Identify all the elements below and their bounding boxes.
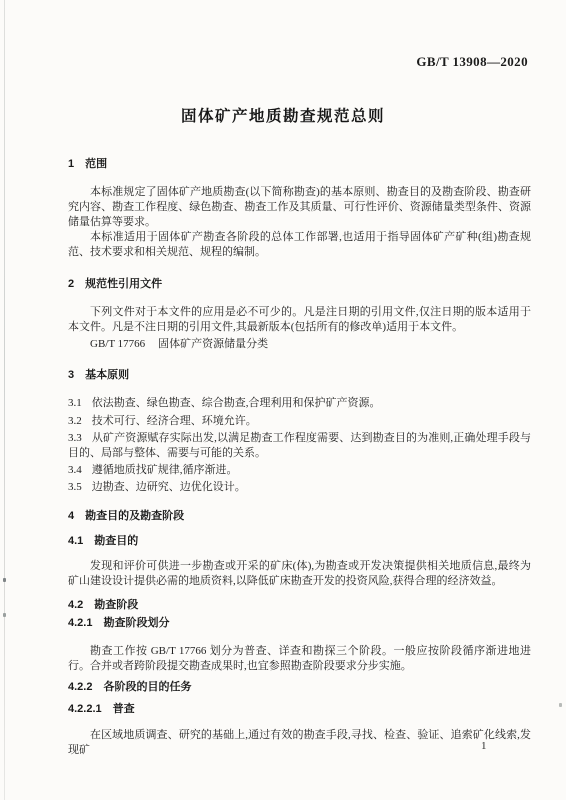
paragraph: 本标准适用于固体矿产勘查各阶段的总体工作部署,也适用于指导固体矿产矿种(组)勘查…	[68, 230, 531, 260]
section-number: 3	[68, 369, 74, 381]
clause-text: 技术可行、经济合理、环境允许。	[92, 415, 257, 427]
reference-code: GB/T 17766	[90, 338, 145, 350]
document-title: 固体矿产地质勘查规范总则	[0, 104, 566, 126]
clause-text: 依法勘查、绿色勘查、综合勘查,合理利用和保护矿产资源。	[92, 397, 381, 409]
scan-speck	[3, 613, 6, 617]
section-heading-4-2-1: 4.2.1勘查阶段划分	[68, 616, 531, 631]
section-heading-3: 3基本原则	[68, 368, 531, 383]
clause-3-5: 3.5边勘查、边研究、边优化设计。	[68, 480, 531, 495]
clause-3-1: 3.1依法勘查、绿色勘查、综合勘查,合理利用和保护矿产资源。	[68, 396, 531, 411]
section-title: 基本原则	[85, 369, 129, 381]
section-title: 勘查目的	[94, 535, 138, 547]
section-title: 勘查目的及勘查阶段	[85, 510, 184, 522]
clause-text: 边勘查、边研究、边优化设计。	[92, 481, 246, 493]
section-number: 4	[68, 510, 74, 522]
document-body: 1范围 本标准规定了固体矿产地质勘查(以下简称勘查)的基本原则、勘查目的及勘查阶…	[68, 155, 531, 758]
section-number: 1	[68, 158, 74, 170]
section-heading-4-2-2: 4.2.2各阶段的目的任务	[68, 680, 531, 695]
page-number: 1	[481, 740, 487, 752]
section-title: 普查	[113, 703, 135, 715]
section-title: 勘查阶段划分	[103, 617, 169, 629]
section-title: 规范性引用文件	[85, 278, 162, 290]
paragraph: 发现和评价可供进一步勘查或开采的矿床(体),为勘查或开发决策提供相关地质信息,最…	[68, 559, 531, 589]
normative-reference: GB/T 17766固体矿产资源储量分类	[68, 337, 531, 352]
clause-text: 从矿产资源赋存实际出发,以满足勘查工作程度需要、达到勘查目的为准则,正确处理手段…	[68, 432, 531, 459]
section-number: 4.2.2	[68, 681, 92, 693]
reference-name: 固体矿产资源储量分类	[158, 338, 268, 350]
section-number: 2	[68, 278, 74, 290]
clause-text: 遵循地质找矿规律,循序渐进。	[92, 464, 238, 476]
section-title: 范围	[85, 158, 107, 170]
clause-number: 3.1	[68, 397, 82, 409]
section-title: 勘查阶段	[94, 599, 138, 611]
section-number: 4.2	[68, 599, 83, 611]
clause-3-4: 3.4遵循地质找矿规律,循序渐进。	[68, 463, 531, 478]
standard-number: GB/T 13908—2020	[416, 54, 528, 70]
scan-speck	[559, 703, 562, 707]
scan-speck	[3, 578, 6, 582]
section-heading-4-2-2-1: 4.2.2.1普查	[68, 702, 531, 717]
paragraph: 下列文件对于本文件的应用是必不可少的。凡是注日期的引用文件,仅注日期的版本适用于…	[68, 305, 531, 335]
section-number: 4.2.1	[68, 617, 92, 629]
section-heading-2: 2规范性引用文件	[68, 277, 531, 292]
clause-3-2: 3.2技术可行、经济合理、环境允许。	[68, 414, 531, 429]
clause-number: 3.3	[68, 432, 82, 444]
section-heading-4: 4勘查目的及勘查阶段	[68, 509, 531, 524]
paragraph: 本标准规定了固体矿产地质勘查(以下简称勘查)的基本原则、勘查目的及勘查阶段、勘查…	[68, 185, 531, 230]
clause-3-3: 3.3从矿产资源赋存实际出发,以满足勘查工作程度需要、达到勘查目的为准则,正确处…	[68, 431, 531, 461]
clause-number: 3.2	[68, 415, 82, 427]
paragraph: 在区域地质调查、研究的基础上,通过有效的勘查手段,寻找、检查、验证、追索矿化线索…	[68, 728, 531, 758]
document-page: GB/T 13908—2020 固体矿产地质勘查规范总则 1范围 本标准规定了固…	[0, 0, 566, 800]
paragraph: 勘查工作按 GB/T 17766 划分为普查、详查和勘探三个阶段。一般应按阶段循…	[68, 644, 531, 674]
clause-number: 3.5	[68, 481, 82, 493]
section-heading-4-1: 4.1勘查目的	[68, 534, 531, 549]
section-heading-1: 1范围	[68, 157, 531, 172]
section-heading-4-2: 4.2勘查阶段	[68, 598, 531, 613]
section-title: 各阶段的目的任务	[103, 681, 191, 693]
clause-number: 3.4	[68, 464, 82, 476]
section-number: 4.2.2.1	[68, 703, 102, 715]
section-number: 4.1	[68, 535, 83, 547]
